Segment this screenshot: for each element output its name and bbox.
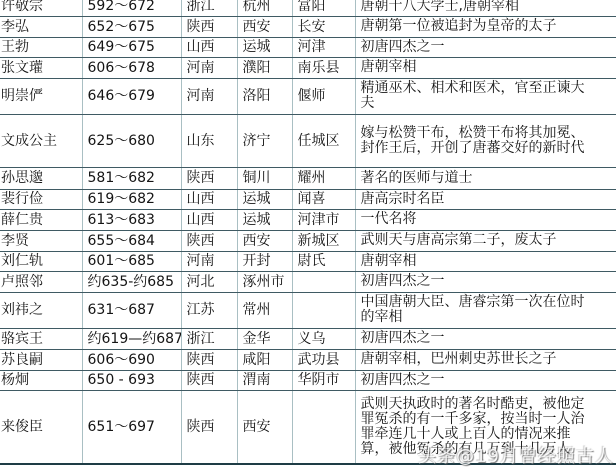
name-cell: 李贤 [0,230,82,251]
city-cell: 濮阳 [237,57,292,78]
city-cell: 济宁 [237,114,292,167]
province-cell: 陕西 [181,16,237,37]
name-cell: 杨炯 [0,370,82,390]
description-cell: 唐朝第一位被追封为皇帝的太子 [355,16,616,37]
description-cell: 唐高宗时名臣 [355,189,616,209]
city-cell: 西安 [237,16,292,37]
table-row: 苏良嗣606～690陕西咸阳武功县唐朝宰相，巴州刺史苏世长之子 [0,349,616,370]
description-cell: 著名的医师与道士 [355,167,616,189]
name-cell: 文成公主 [0,114,82,167]
district-cell: 义乌 [292,328,355,349]
district-cell: 富阳 [292,0,355,16]
province-cell: 陕西 [181,370,237,390]
table-row: 杨炯650 - 693陕西渭南华阴市初唐四杰之一 [0,370,616,390]
district-cell [292,292,355,328]
name-cell: 苏良嗣 [0,349,82,370]
table-row: 李贤655～684陕西西安新城区武则天与唐高宗第二子，废太子 [0,230,616,251]
name-cell: 薛仁贵 [0,209,82,230]
table-row: 李弘652～675陕西西安长安唐朝第一位被追封为皇帝的太子 [0,16,616,37]
province-cell: 河南 [181,57,237,78]
description-cell: 唐朝宰相 [355,57,616,78]
description-cell: 中国唐朝大臣、唐睿宗第一次在位时的宰相 [355,292,616,328]
years-cell: 655～684 [82,230,181,251]
table-row: 裴行俭619～682山西运城闻喜唐高宗时名臣 [0,189,616,209]
city-cell: 金华 [237,328,292,349]
city-cell: 运城 [237,37,292,57]
name-cell: 骆宾王 [0,328,82,349]
province-cell: 山西 [181,209,237,230]
district-cell: 长安 [292,16,355,37]
table-row: 明崇俨646～679河南洛阳偃师精通巫术、相术和医术，官至正谏大夫 [0,78,616,114]
province-cell: 陕西 [181,349,237,370]
province-cell: 陕西 [181,230,237,251]
city-cell: 铜川 [237,167,292,189]
table-row: 张文瓘606～678河南濮阳南乐县唐朝宰相 [0,57,616,78]
years-cell: 650 - 693 [82,370,181,390]
province-cell: 江苏 [181,292,237,328]
district-cell: 武功县 [292,349,355,370]
name-cell: 明崇俨 [0,78,82,114]
district-cell: 南乐县 [292,57,355,78]
city-cell: 涿州市 [237,271,292,292]
table-row: 孙思邈581～682陕西铜川耀州著名的医师与道士 [0,167,616,189]
years-cell: 约635-约685 [82,271,181,292]
city-cell: 常州 [237,292,292,328]
city-cell: 洛阳 [237,78,292,114]
city-cell: 运城 [237,209,292,230]
description-cell: 唐朝十八大学士,唐朝宰相 [355,0,616,16]
province-cell: 河南 [181,251,237,271]
district-cell: 河津市 [292,209,355,230]
city-cell: 西安 [237,230,292,251]
province-cell: 河南 [181,78,237,114]
district-cell: 闻喜 [292,189,355,209]
description-cell: 武则天执政时的著名时酷吏，被他定罪冤杀的有一千多家，按当时一人治罪牵连几十人或上… [355,390,616,464]
province-cell: 山东 [181,114,237,167]
province-cell: 河北 [181,271,237,292]
district-cell: 尉氏 [292,251,355,271]
city-cell: 杭州 [237,0,292,16]
table-row: 许敬宗592～672浙江杭州富阳唐朝十八大学士,唐朝宰相 [0,0,616,16]
description-cell: 一代名将 [355,209,616,230]
name-cell: 卢照邻 [0,271,82,292]
city-cell: 开封 [237,251,292,271]
city-cell: 渭南 [237,370,292,390]
years-cell: 581～682 [82,167,181,189]
description-cell: 武则天与唐高宗第二子，废太子 [355,230,616,251]
years-cell: 631～687 [82,292,181,328]
name-cell: 裴行俭 [0,189,82,209]
years-cell: 651～697 [82,390,181,464]
description-cell: 初唐四杰之一 [355,37,616,57]
years-cell: 646～679 [82,78,181,114]
table-row: 刘祎之631～687江苏常州中国唐朝大臣、唐睿宗第一次在位时的宰相 [0,292,616,328]
years-cell: 606～690 [82,349,181,370]
district-cell [292,271,355,292]
table-row: 薛仁贵613～683山西运城河津市一代名将 [0,209,616,230]
years-cell: 613～683 [82,209,181,230]
description-cell: 精通巫术、相术和医术，官至正谏大夫 [355,78,616,114]
years-cell: 619～682 [82,189,181,209]
tang-figures-table: 许敬宗592～672浙江杭州富阳唐朝十八大学士,唐朝宰相李弘652～675陕西西… [0,0,616,465]
district-cell: 新城区 [292,230,355,251]
table-row: 骆宾王约619—约687浙江金华义乌初唐四杰之一 [0,328,616,349]
city-cell: 运城 [237,189,292,209]
district-cell: 任城区 [292,114,355,167]
years-cell: 约619—约687 [82,328,181,349]
name-cell: 刘祎之 [0,292,82,328]
province-cell: 陕西 [181,167,237,189]
district-cell: 偃师 [292,78,355,114]
name-cell: 张文瓘 [0,57,82,78]
province-cell: 浙江 [181,0,237,16]
table-row: 来俊臣651～697陕西西安武则天执政时的著名时酷吏，被他定罪冤杀的有一千多家，… [0,390,616,464]
years-cell: 649～675 [82,37,181,57]
years-cell: 606～678 [82,57,181,78]
years-cell: 601～685 [82,251,181,271]
province-cell: 山西 [181,37,237,57]
province-cell: 陕西 [181,390,237,464]
description-cell: 初唐四杰之一 [355,271,616,292]
years-cell: 592～672 [82,0,181,16]
district-cell: 耀州 [292,167,355,189]
table-row: 刘仁轨601～685河南开封尉氏唐朝宰相 [0,251,616,271]
description-cell: 嫁与松赞干布，松赞干布将其加冕、封作王后，开创了唐蕃交好的新时代 [355,114,616,167]
name-cell: 来俊臣 [0,390,82,464]
name-cell: 王勃 [0,37,82,57]
name-cell: 许敬宗 [0,0,82,16]
table-body: 许敬宗592～672浙江杭州富阳唐朝十八大学士,唐朝宰相李弘652～675陕西西… [0,0,616,464]
name-cell: 李弘 [0,16,82,37]
province-cell: 浙江 [181,328,237,349]
description-cell: 唐朝宰相，巴州刺史苏世长之子 [355,349,616,370]
years-cell: 625～680 [82,114,181,167]
name-cell: 孙思邈 [0,167,82,189]
district-cell: 华阴市 [292,370,355,390]
table-row: 文成公主625～680山东济宁任城区嫁与松赞干布，松赞干布将其加冕、封作王后，开… [0,114,616,167]
table-row: 卢照邻约635-约685河北涿州市初唐四杰之一 [0,271,616,292]
district-cell [292,390,355,464]
years-cell: 652～675 [82,16,181,37]
description-cell: 初唐四杰之一 [355,370,616,390]
province-cell: 山西 [181,189,237,209]
description-cell: 初唐四杰之一 [355,328,616,349]
name-cell: 刘仁轨 [0,251,82,271]
description-cell: 唐朝宰相 [355,251,616,271]
city-cell: 咸阳 [237,349,292,370]
district-cell: 河津 [292,37,355,57]
table-row: 王勃649～675山西运城河津初唐四杰之一 [0,37,616,57]
city-cell: 西安 [237,390,292,464]
table-screenshot: 许敬宗592～672浙江杭州富阳唐朝十八大学士,唐朝宰相李弘652～675陕西西… [0,0,616,474]
